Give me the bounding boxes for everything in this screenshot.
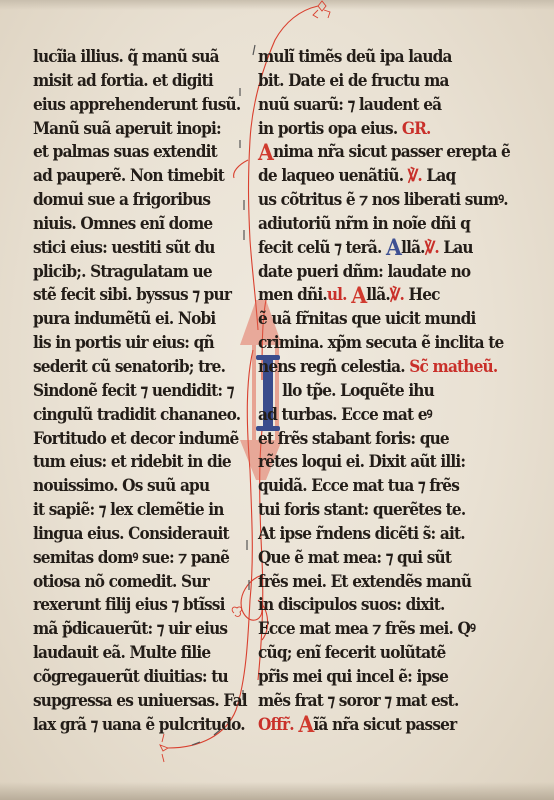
text-line: domui sue a frigoribus <box>33 188 224 212</box>
line-text: de laqueo uenãtiũ. <box>258 166 403 185</box>
text-line: Sindonẽ fecit ⁊ uendidit: ⁊ <box>33 379 224 403</box>
rubric-offertory: Offr̃. <box>258 715 294 734</box>
initial-A-blue: A <box>386 239 401 257</box>
line-text: mẽs frat ⁊ soror ⁊ mat est. <box>258 691 458 710</box>
text-line: laudauit eã. Multe filie <box>33 641 224 665</box>
line-text: ad turbas. Ecce mat eꝰ <box>258 405 432 424</box>
line-text: ĩã nr̃a sicut passer <box>313 715 456 734</box>
text-line: nuũ suarũ: ⁊ laudent eã <box>258 93 451 117</box>
text-line: nouissimo. Os suũ apu <box>33 474 224 498</box>
text-line: rexerunt filij eius ⁊ btĩssi <box>33 593 224 617</box>
line-text: crimina. xp̃m secuta ẽ inclita te <box>258 333 503 352</box>
line-text: adiutoriũ nr̃m in noĩe dñi q <box>258 214 470 233</box>
text-line: Anima nr̃a sicut passer erepta ẽ <box>258 140 451 164</box>
manuscript-leaf: lucĩia illius. q̃ manũ suã misit ad fort… <box>0 0 554 800</box>
text-line: Manũ suã aperuit inopi: <box>33 117 224 141</box>
line-text: llo tp̃e. Loquẽte ihu <box>282 381 434 400</box>
text-line: pr̃is mei qui incel ẽ: ipse <box>258 665 451 689</box>
text-line: eius apprehenderunt fusũ. <box>33 93 224 117</box>
line-text: nima nr̃a sicut passer erepta ẽ <box>273 142 510 161</box>
text-line: lucĩia illius. q̃ manũ suã <box>33 45 224 69</box>
text-line: niuis. Omnes enĩ dome <box>33 212 224 236</box>
line-text: rẽtes loqui ei. Dixit aũt illi: <box>258 452 465 471</box>
line-text: mulĩ timẽs deũ ipa lauda <box>258 47 452 66</box>
line-text: frẽs mei. Et extendẽs manũ <box>258 572 471 591</box>
text-line: date pueri dñm: laudate no <box>258 260 451 284</box>
text-line: Que ẽ mat mea: ⁊ qui sũt <box>258 546 451 570</box>
text-line: Fortitudo et decor indumẽ <box>33 427 224 451</box>
text-line: tum eius: et ridebit in die <box>33 450 224 474</box>
top-edge-shadow <box>0 0 554 10</box>
text-line: bit. Date ei de fructu ma <box>258 69 451 93</box>
text-line: cũq; enĩ fecerit uolũtatẽ <box>258 641 451 665</box>
line-text: in portis opa eius. <box>258 119 397 138</box>
left-text-column: lucĩia illius. q̃ manũ suã misit ad fort… <box>33 45 238 736</box>
line-text: us cõtritus ẽ ⁊ nos liberati sumꝰ. <box>258 190 508 209</box>
text-line: men dñi.ul. Allã.℣. Hec <box>258 283 451 307</box>
text-line: lax grã ⁊ uana ẽ pulcritudo. <box>33 713 224 737</box>
text-line: At ipse r̃ndens dicẽti s̃: ait. <box>258 522 451 546</box>
line-text: quidã. Ecce mat tua ⁊ frẽs <box>258 476 459 495</box>
text-line: semitas domꝰ sue: ⁊ panẽ <box>33 546 224 570</box>
rubric-versicle: ℣. <box>390 285 404 304</box>
line-text: et frẽs stabant foris: que <box>258 429 449 448</box>
text-line: ad pauperẽ. Non timebit <box>33 164 224 188</box>
text-line: frẽs mei. Et extendẽs manũ <box>258 570 451 594</box>
text-line: stẽ fecit sibi. byssus ⁊ pur <box>33 283 224 307</box>
text-line: misit ad fortia. et digiti <box>33 69 224 93</box>
text-line: Offr̃. Aĩã nr̃a sicut passer <box>258 713 451 737</box>
text-line: lingua eius. Considerauit <box>33 522 224 546</box>
line-text: Ecce mat mea ⁊ frẽs mei. Qꝰ <box>258 619 475 638</box>
line-text: bit. Date ei de fructu ma <box>258 71 449 90</box>
rubric-gospel-heading: Sc̃ matheũ. <box>409 357 497 376</box>
line-text: ẽ uã fr̃nitas que uicit mundi <box>258 309 475 328</box>
text-line: mulĩ timẽs deũ ipa lauda <box>258 45 451 69</box>
text-line: us cõtritus ẽ ⁊ nos liberati sumꝰ. <box>258 188 451 212</box>
text-line: Ecce mat mea ⁊ frẽs mei. Qꝰ <box>258 617 451 641</box>
text-line: sederit cũ senatorib; tre. <box>33 355 224 379</box>
line-text: in discipulos suos: dixit. <box>258 595 445 614</box>
line-text: llã. <box>366 285 390 304</box>
text-line: mẽs frat ⁊ soror ⁊ mat est. <box>258 689 451 713</box>
text-line: de laqueo uenãtiũ. ℣. Laq <box>258 164 451 188</box>
text-line: et palmas suas extendit <box>33 140 224 164</box>
rubric-gradual: GR. <box>402 119 431 138</box>
text-line: rẽtes loqui ei. Dixit aũt illi: <box>258 450 451 474</box>
text-line: supgressa es uniuersas. Fal <box>33 689 224 713</box>
rubric-versicle: ℣. <box>425 238 439 257</box>
text-line: fecit celũ ⁊ terã. Allã.℣. Lau <box>258 236 451 260</box>
text-line: plicib;. Stragulatam ue <box>33 260 224 284</box>
bottom-edge-shadow <box>0 782 554 800</box>
text-line: cingulũ tradidit chananeo. <box>33 403 224 427</box>
initial-A-red: A <box>258 144 273 162</box>
initial-A-red: A <box>351 287 366 305</box>
text-line: otiosa nõ comedit. Sur <box>33 570 224 594</box>
line-text: Hec <box>409 285 440 304</box>
line-text: At ipse r̃ndens dicẽti s̃: ait. <box>258 524 465 543</box>
right-text-column: mulĩ timẽs deũ ipa lauda bit. Date ei de… <box>258 45 466 736</box>
text-line: mã p̃dicauerũt: ⁊ uir eius <box>33 617 224 641</box>
line-text: Laq <box>426 166 455 185</box>
line-text: fecit celũ ⁊ terã. <box>258 238 382 257</box>
text-line: nens regñ celestia. Sc̃ matheũ. <box>258 355 451 379</box>
text-line: it sapiẽ: ⁊ lex clemẽtie in <box>33 498 224 522</box>
text-line: et frẽs stabant foris: que <box>258 427 451 451</box>
text-line: lis in portis uir eius: qñ <box>33 331 224 355</box>
line-text: tui foris stant: querẽtes te. <box>258 500 465 519</box>
text-line: ẽ uã fr̃nitas que uicit mundi <box>258 307 451 331</box>
line-text: men dñi. <box>258 285 327 304</box>
line-text: cũq; enĩ fecerit uolũtatẽ <box>258 643 445 662</box>
text-line: pura indumẽtũ ei. Nobi <box>33 307 224 331</box>
text-line: llo tp̃e. Loquẽte ihu <box>258 379 451 403</box>
rubric-versicle: ℣. <box>408 166 422 185</box>
line-text: nuũ suarũ: ⁊ laudent eã <box>258 95 441 114</box>
text-line: in portis opa eius. GR. <box>258 117 451 141</box>
text-line: adiutoriũ nr̃m in noĩe dñi q <box>258 212 451 236</box>
text-line: quidã. Ecce mat tua ⁊ frẽs <box>258 474 451 498</box>
text-line: crimina. xp̃m secuta ẽ inclita te <box>258 331 451 355</box>
line-text: Lau <box>443 238 472 257</box>
line-text: llã. <box>401 238 425 257</box>
initial-A-red: A <box>298 716 313 734</box>
text-line: ad turbas. Ecce mat eꝰ <box>258 403 451 427</box>
line-text: date pueri dñm: laudate no <box>258 262 470 281</box>
text-line: tui foris stant: querẽtes te. <box>258 498 451 522</box>
rubric-marker: ul. <box>327 285 347 304</box>
line-text: pr̃is mei qui incel ẽ: ipse <box>258 667 448 686</box>
text-line: stici eius: uestiti sũt du <box>33 236 224 260</box>
text-line: in discipulos suos: dixit. <box>258 593 451 617</box>
text-line: cõgregauerũt diuitias: tu <box>33 665 224 689</box>
line-text: nens regñ celestia. <box>258 357 405 376</box>
line-text: Que ẽ mat mea: ⁊ qui sũt <box>258 548 451 567</box>
